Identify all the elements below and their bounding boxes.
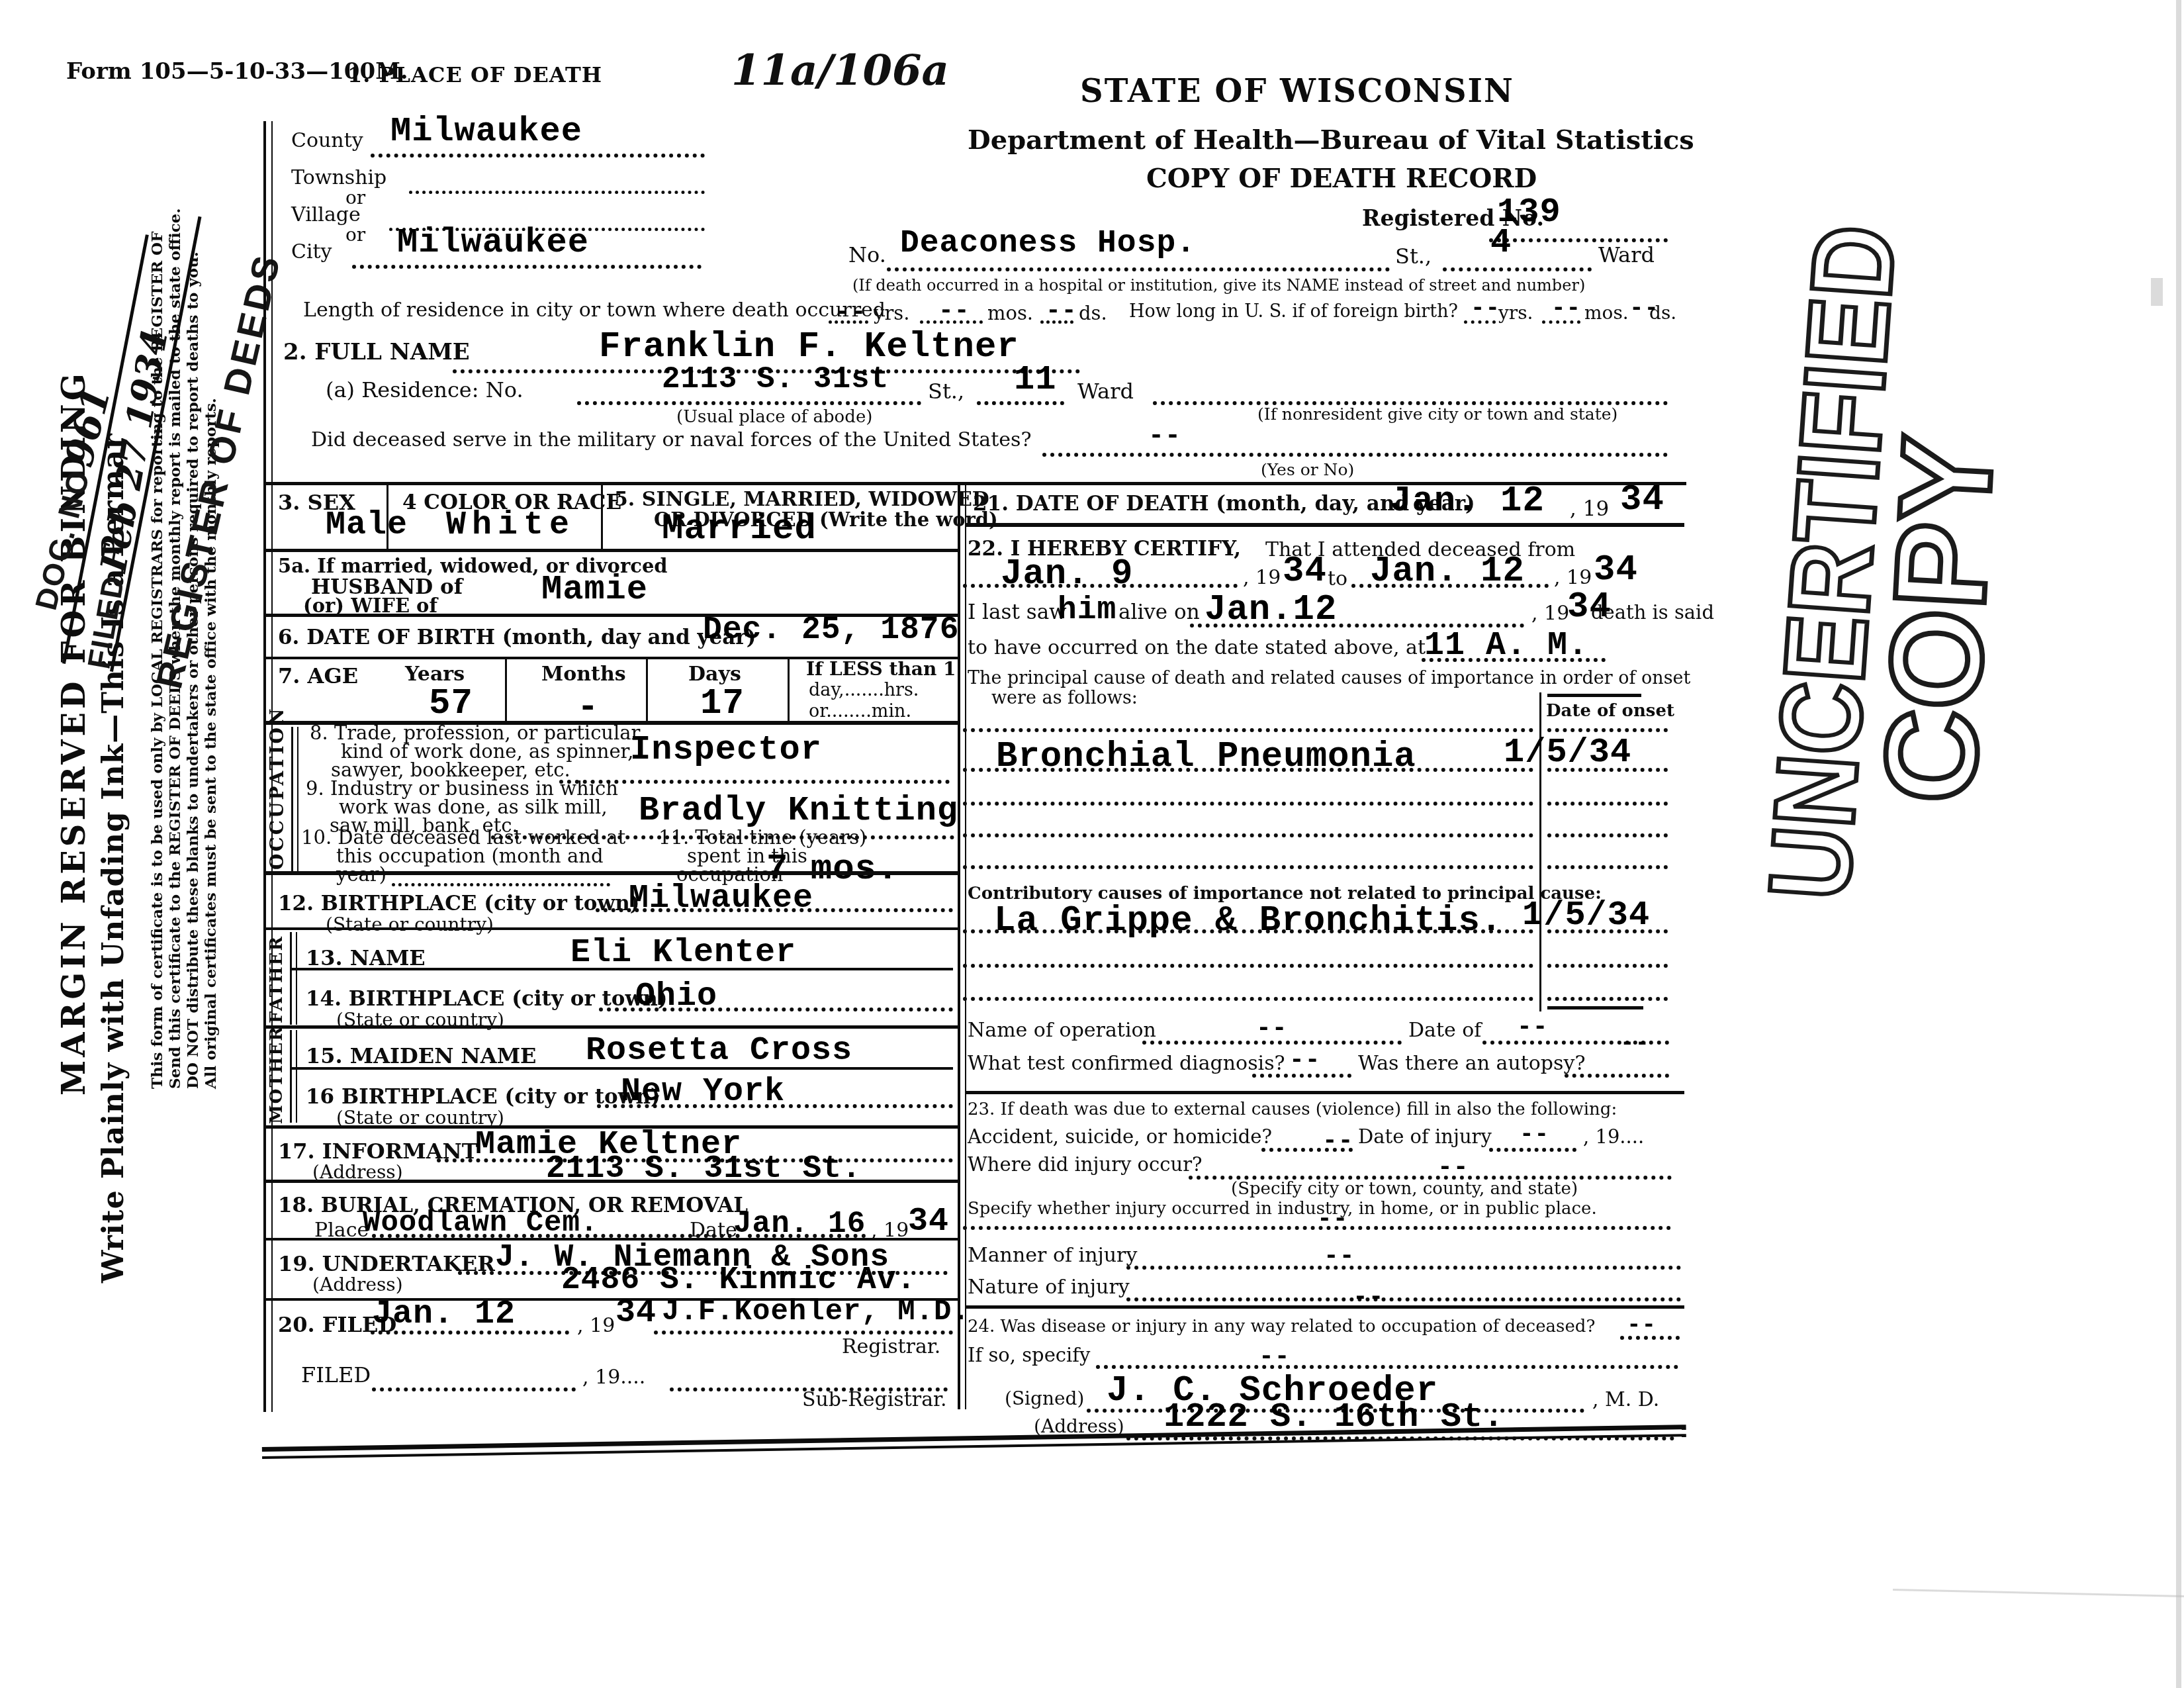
dotted-line — [1547, 802, 1668, 806]
record-title: COPY OF DEATH RECORD — [1146, 164, 1537, 193]
scan-smudge — [2151, 278, 2163, 306]
to-label: to — [1328, 568, 1347, 590]
rule-heavy — [966, 523, 1684, 527]
ds-label: ds. — [1079, 303, 1107, 324]
dotted-line — [1547, 929, 1668, 933]
filed-date-value: Jan. 12 — [372, 1296, 516, 1333]
specify-note: (Specify city or town, county, and state… — [1231, 1180, 1578, 1199]
dotted-line — [1042, 453, 1668, 457]
mother-maiden-value: Rosetta Cross — [586, 1033, 852, 1069]
typed-dash: -- — [1520, 1121, 1549, 1148]
if-so-specify-label: If so, specify — [968, 1345, 1090, 1366]
cell-divider — [646, 659, 648, 723]
dod-19-label: , 19 — [1570, 498, 1609, 520]
typed-dash: -- — [1256, 1015, 1288, 1043]
rule — [263, 927, 960, 930]
foreign-birth-label: How long in U. S. if of foreign birth? — [1129, 302, 1458, 322]
typed-dash: -- — [1046, 298, 1077, 326]
race-value: White — [446, 507, 575, 543]
department-title: Department of Health—Bureau of Vital Sta… — [968, 126, 1694, 155]
days-label: Days — [688, 663, 741, 685]
dotted-line — [1126, 1297, 1681, 1301]
father-side-label: FATHER — [267, 935, 287, 1023]
occupation-side-label: OCCUPATION — [267, 706, 288, 870]
scan-scratch — [1893, 1589, 2184, 1597]
section1-place-of-death: 1. PLACE OF DEATH — [347, 64, 602, 87]
dotted-line — [371, 154, 705, 158]
date-of-death-value: Jan. 12 — [1390, 482, 1545, 521]
rule — [291, 1067, 953, 1070]
typed-dash: -- — [1620, 1030, 1650, 1056]
dotted-line — [963, 997, 1533, 1001]
dotted-line — [409, 191, 705, 194]
burial-year-value: 34 — [908, 1203, 949, 1240]
registrar-signature: J.F.Koehler, M.D. — [662, 1296, 970, 1328]
dod-year-value: 34 — [1620, 481, 1664, 520]
father-birthplace-label: 14. BIRTHPLACE (city or town) — [306, 988, 667, 1010]
dotted-line — [392, 883, 610, 886]
dotted-line — [1547, 768, 1668, 772]
residence-label: (a) Residence: No. — [326, 379, 523, 402]
date-of-onset-header: Date of onset — [1546, 702, 1674, 721]
typed-dash: -- — [1551, 295, 1581, 322]
typed-dash: -- — [1322, 1128, 1354, 1156]
occurred-label: to have occurred on the date stated abov… — [968, 637, 1426, 659]
mother-maiden-label: 15. MAIDEN NAME — [306, 1045, 536, 1068]
dotted-line — [1547, 865, 1668, 869]
street-label: St., — [928, 380, 964, 403]
typed-dash: -- — [1437, 1154, 1469, 1182]
rule-heavy — [263, 871, 960, 875]
mos-label: mos. — [987, 303, 1033, 324]
yes-or-no-note: (Yes or No) — [1261, 461, 1354, 479]
typed-dash: -- — [1289, 1047, 1321, 1075]
father-name-label: 13. NAME — [306, 947, 426, 970]
cell-divider — [788, 659, 790, 723]
dotted-line — [963, 802, 1533, 806]
dotted-line — [577, 401, 921, 405]
mos-label: mos. — [1584, 303, 1629, 324]
nature-label: Nature of injury — [968, 1276, 1130, 1298]
military-question: Did deceased serve in the military or na… — [311, 429, 1032, 451]
or-label: or — [345, 225, 365, 246]
dotted-line — [963, 865, 1533, 869]
trade-value: Inspector — [630, 731, 822, 769]
age-days-value: 17 — [700, 684, 745, 724]
yrs-label: yrs. — [1498, 303, 1533, 324]
county-label: County — [291, 130, 363, 152]
him-typed: him — [1058, 593, 1116, 628]
dotted-line — [1547, 728, 1668, 732]
injury-19-label: , 19.... — [1583, 1127, 1644, 1148]
page-code-handwritten: 11a/106a — [731, 48, 949, 94]
alive-on-label: alive on — [1118, 601, 1200, 624]
dotted-line — [1464, 320, 1496, 324]
principal-cause-onset-date: 1/5/34 — [1504, 733, 1631, 771]
typed-dash: -- — [1317, 1206, 1349, 1234]
township-label: Township — [291, 167, 387, 189]
city-value: Milwaukee — [397, 224, 589, 261]
dotted-line — [963, 768, 1533, 772]
dotted-line — [963, 929, 1533, 933]
residence-ward-value: 11 — [1014, 361, 1056, 399]
city-label: City — [291, 241, 332, 263]
rule — [291, 968, 953, 970]
filed2-label: FILED — [301, 1364, 371, 1387]
if-less-label-2: day,.......hrs. — [809, 680, 919, 700]
onset-bottom-rule — [1547, 1006, 1643, 1009]
rule-heavy — [263, 1025, 960, 1029]
father-bracket — [290, 932, 292, 1025]
autopsy-label: Was there an autopsy? — [1358, 1053, 1586, 1074]
dob-value: Dec. 25, 1876 — [703, 613, 959, 648]
scan-edge — [2176, 0, 2181, 1688]
industry-note: Specify whether injury occurred in indus… — [968, 1199, 1597, 1219]
to-year-value: 34 — [1594, 551, 1638, 590]
typed-dash: -- — [1471, 295, 1500, 322]
marital-value: Married — [662, 510, 817, 549]
mother-bracket-inner — [296, 1030, 297, 1123]
rule-heavy — [263, 1180, 960, 1183]
death-said-label: death is said — [1591, 602, 1714, 624]
dotted-line — [963, 584, 1238, 588]
test-label: What test confirmed diagnosis? — [968, 1053, 1285, 1074]
signed-label: (Signed) — [1005, 1389, 1084, 1409]
principal-cause-label-1: The principal cause of death and related… — [968, 669, 1690, 688]
where-injury-label: Where did injury occur? — [968, 1154, 1203, 1176]
mother-bracket — [290, 1030, 292, 1123]
dotted-line — [1547, 964, 1668, 968]
dotted-line — [1422, 658, 1606, 662]
typed-dash: -- — [1627, 1312, 1657, 1338]
cell-divider — [387, 485, 388, 550]
father-name-value: Eli Klenter — [570, 935, 796, 971]
birthplace-label: 12. BIRTHPLACE (city or town) — [278, 892, 639, 915]
dotted-line — [887, 267, 1390, 271]
village-label: Village — [291, 204, 361, 226]
age-label: 7. AGE — [278, 665, 358, 688]
dotted-line — [1547, 833, 1668, 837]
death-certificate-scan: MARGIN RESERVED FOR BINDING Write Plainl… — [0, 0, 2184, 1688]
dotted-line — [599, 1008, 953, 1011]
form-bottom-border — [262, 1425, 1686, 1463]
filed2-19-label: , 19.... — [582, 1366, 645, 1388]
abode-note: (Usual place of abode) — [676, 408, 872, 427]
undertaker-address-label: (Address) — [312, 1275, 403, 1295]
undertaker-address-value: 2486 S. Kinnic Av. — [561, 1263, 916, 1298]
industry-value: Bradly Knitting — [639, 792, 958, 829]
residence-value: 2113 S. 31st — [662, 363, 889, 397]
typed-dash: -- — [1517, 1014, 1549, 1042]
cell-divider — [601, 485, 603, 550]
county-value: Milwaukee — [390, 113, 582, 150]
dotted-line — [352, 265, 702, 269]
years-label: Years — [405, 663, 465, 685]
dotted-line — [963, 728, 1533, 732]
rule-heavy — [966, 1091, 1684, 1094]
onset-header-rule — [1547, 694, 1641, 697]
copy-stamp-text: COPY — [1857, 432, 2021, 807]
dotted-line — [596, 908, 953, 912]
registrar-label: Registrar. — [842, 1336, 940, 1358]
dotted-line — [597, 1104, 953, 1108]
full-name-label: 2. FULL NAME — [283, 340, 470, 365]
filed-year-value: 34 — [615, 1295, 657, 1331]
typed-dash: -- — [938, 298, 970, 326]
dotted-line — [372, 1387, 576, 1391]
manner-label: Manner of injury — [968, 1244, 1137, 1266]
full-name-value: Franklin F. Keltner — [599, 328, 1019, 367]
ward-number-value: 4 — [1490, 224, 1512, 261]
marital-label-1: 5. SINGLE, MARRIED, WIDOWED — [614, 489, 989, 510]
rule-heavy — [966, 1305, 1684, 1309]
mother-side-label: MOTHER — [267, 1025, 287, 1124]
hospital-no-label: No. — [848, 244, 886, 267]
nonresident-note: (If nonresident give city or town and st… — [1257, 405, 1617, 424]
margin-note-line: All original certificates must be sent t… — [202, 208, 220, 1089]
hospital-note: (If death occurred in a hospital or inst… — [852, 277, 1585, 294]
external-causes-label: 23. If death was due to external causes … — [968, 1100, 1617, 1119]
ward-label: Ward — [1598, 244, 1655, 267]
yrs-label: yrs. — [874, 303, 909, 324]
dotted-line — [963, 964, 1533, 968]
state-title: STATE OF WISCONSIN — [1080, 74, 1514, 109]
attended-to-value: Jan. 12 — [1370, 552, 1525, 591]
injury-date-label: Date of injury — [1358, 1127, 1492, 1148]
dotted-line — [1565, 1074, 1669, 1078]
typed-dash: -- — [1259, 1344, 1291, 1372]
occupation-bracket-inner — [297, 727, 298, 871]
attended-from-value: Jan. 9 — [1001, 555, 1133, 594]
sex-value: Male — [326, 507, 408, 543]
operation-label: Name of operation — [968, 1019, 1156, 1041]
center-divider-inner — [965, 485, 966, 1409]
principal-cause-label-2: were as follows: — [991, 688, 1138, 708]
last-saw-value: Jan.12 — [1205, 590, 1337, 630]
father-bracket-inner — [296, 932, 297, 1025]
typed-dash: -- — [1148, 422, 1181, 451]
ls-19-label: , 19 — [1531, 602, 1569, 624]
to-19-label: , 19 — [1554, 567, 1592, 588]
hospital-value: Deaconess Hosp. — [900, 226, 1196, 261]
contributory-onset-date: 1/5/34 — [1522, 896, 1650, 934]
dotted-line — [963, 833, 1533, 837]
contributory-value: La Grippe & Bronchitis. — [994, 902, 1502, 941]
dob-label: 6. DATE OF BIRTH (month, day and year) — [278, 626, 756, 649]
occupation-bracket — [291, 727, 293, 871]
dotted-line — [371, 1331, 569, 1335]
dotted-line — [1126, 1266, 1681, 1270]
age-years-value: 57 — [429, 684, 473, 724]
occupation-related-label: 24. Was disease or injury in any way rel… — [968, 1317, 1595, 1336]
dotted-line — [1547, 997, 1668, 1001]
accident-label: Accident, suicide, or homicide? — [968, 1127, 1272, 1148]
filed-19-label: , 19 — [577, 1315, 615, 1336]
md-label: , M. D. — [1592, 1389, 1659, 1411]
typed-dash: -- — [835, 299, 867, 327]
copy-stamp: COPY — [1868, 403, 2021, 807]
dotted-line — [654, 1331, 953, 1335]
if-less-label-1: If LESS than 1 — [806, 659, 956, 680]
date-of-label: Date of — [1408, 1019, 1481, 1041]
dotted-line — [1096, 1365, 1678, 1369]
if-less-label-3: or........min. — [809, 702, 911, 722]
street-label: St., — [1395, 245, 1432, 268]
birthplace-sub-label: (State or country) — [326, 915, 494, 935]
rule — [263, 549, 960, 552]
typed-dash: -- — [1324, 1243, 1355, 1271]
dotted-line — [1443, 267, 1592, 271]
from-year-value: 34 — [1283, 552, 1327, 591]
length-residence-label: Length of residence in city or town wher… — [303, 299, 886, 321]
ward-label: Ward — [1077, 380, 1134, 403]
months-label: Months — [541, 663, 626, 685]
dotted-line — [977, 401, 1064, 405]
ds-label: ds. — [1649, 303, 1676, 324]
sub-registrar-label: Sub-Registrar. — [802, 1389, 947, 1411]
cell-divider — [505, 659, 507, 723]
last-saw-label: I last saw — [968, 601, 1067, 624]
spouse-value: Mamie — [541, 571, 648, 608]
dotted-line — [1489, 1148, 1576, 1152]
from-19-label: , 19 — [1243, 567, 1281, 588]
